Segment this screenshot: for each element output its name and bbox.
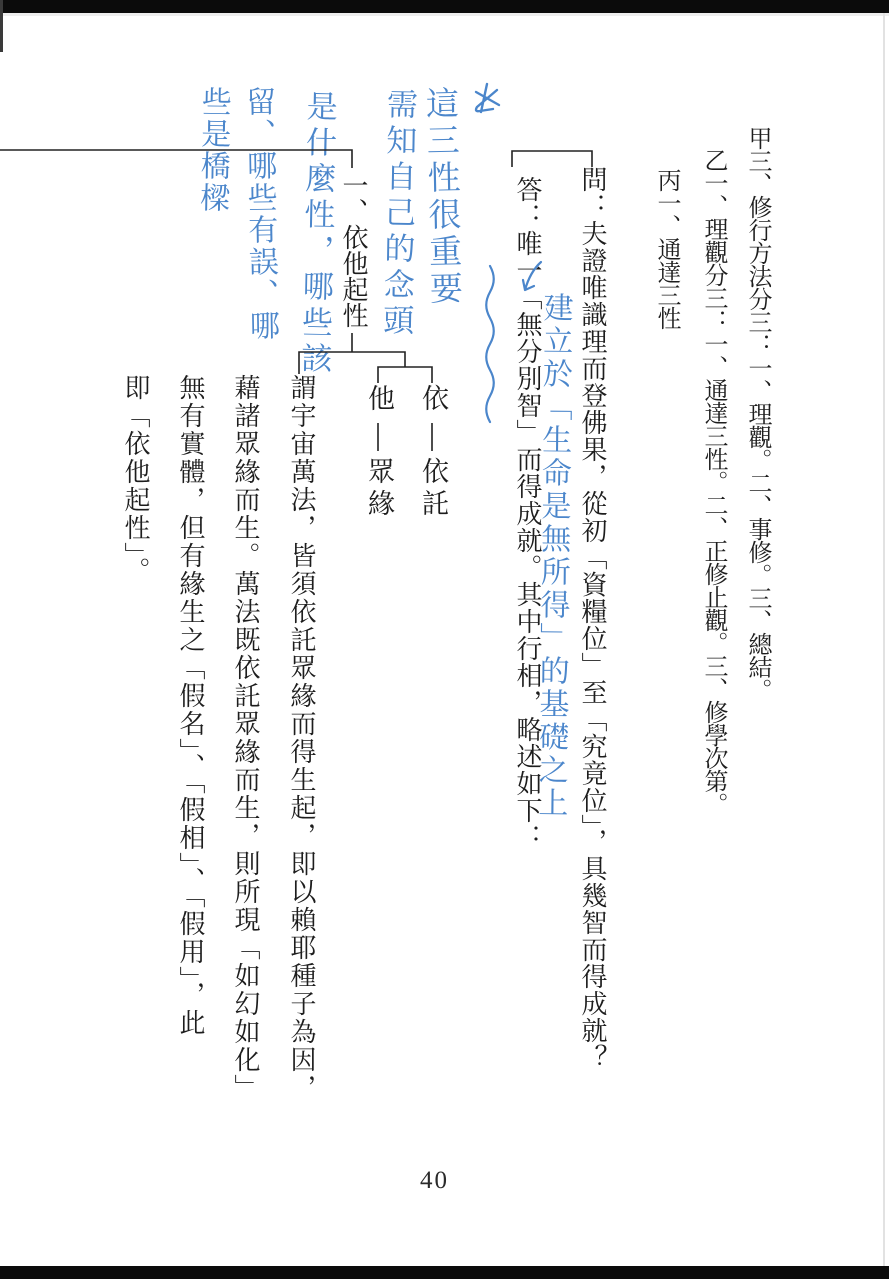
scanned-book-page: { "printed": { "outline": { "jia": "甲三、修… — [0, 0, 889, 1279]
tree-bracket-question-answer — [512, 151, 592, 167]
down-arrow-icon — [523, 262, 541, 290]
wavy-emphasis-line — [486, 266, 494, 422]
tree-line-section — [0, 150, 352, 168]
annotation-overlay — [0, 0, 889, 1279]
star-icon — [476, 84, 499, 112]
tree-bracket-terms — [299, 333, 432, 383]
term-connector-dashes — [378, 423, 432, 451]
page-number: 40 — [420, 1167, 449, 1195]
